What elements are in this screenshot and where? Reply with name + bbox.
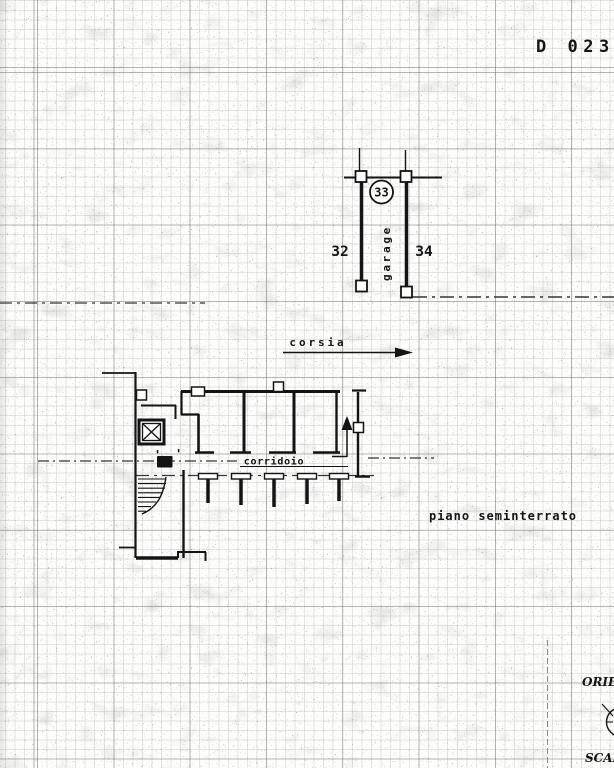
- floor-label: piano seminterrato: [429, 509, 577, 523]
- section-close-quote: ': [175, 447, 182, 461]
- lane-label: corsia: [289, 336, 346, 349]
- stall-number-33: 33: [374, 186, 388, 200]
- scan-speck-layer: [0, 0, 614, 768]
- stall-number-32: 32: [331, 244, 348, 260]
- section-letter: D: [162, 457, 168, 468]
- floor-plan-drawing: 33 32 34 garage corsia: [0, 0, 614, 768]
- stall-number-34: 34: [415, 244, 433, 260]
- floor-plan-sheet: 33 32 34 garage corsia: [0, 0, 614, 768]
- sheet-code: D 023: [536, 37, 614, 57]
- scale-label: SCAL: [585, 751, 614, 765]
- corridor-label: corridoio: [244, 456, 305, 468]
- orientation-label: ORIE: [582, 675, 614, 689]
- stall-33-circle: 33: [370, 181, 393, 204]
- elevator-icon: [139, 420, 164, 444]
- garage-label: garage: [380, 225, 393, 281]
